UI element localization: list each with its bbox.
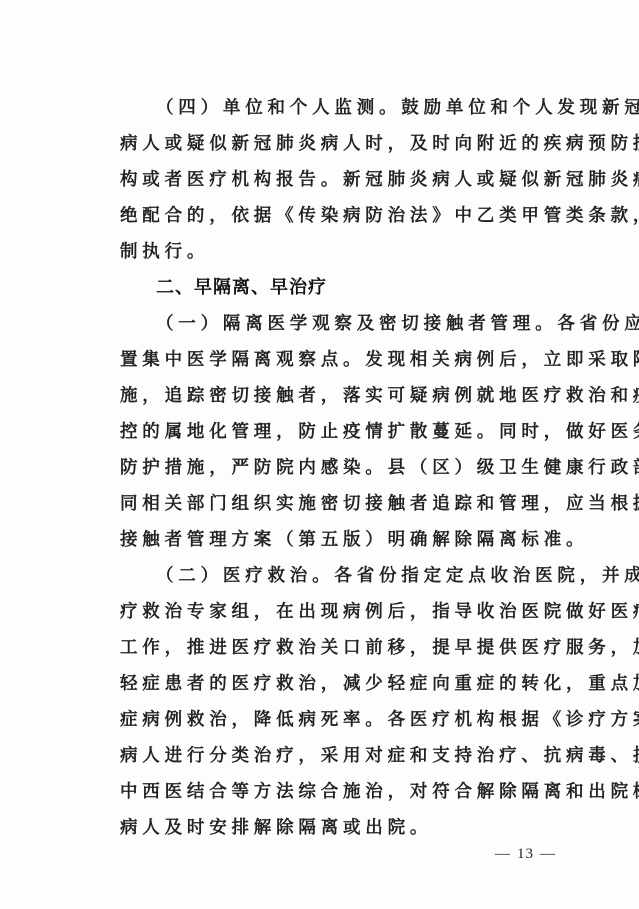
text-line: 绝配合的，依据《传染病防治法》中乙类甲管类条款，可强 <box>120 198 550 234</box>
text-line: 施，追踪密切接触者，落实可疑病例就地医疗救治和疫情防 <box>120 378 550 414</box>
text-line: 病人进行分类治疗，采用对症和支持治疗、抗病毒、抗炎、 <box>120 738 550 774</box>
section-heading: 二、早隔离、早治疗 <box>120 270 550 306</box>
text-line: 症病例救治，降低病死率。各医疗机构根据《诊疗方案》对 <box>120 702 550 738</box>
page-number-dash-right: — <box>540 846 556 863</box>
text-line: 工作，推进医疗救治关口前移，提早提供医疗服务，加强对 <box>120 630 550 666</box>
paragraph-isolation-contact-management: （一）隔离医学观察及密切接触者管理。各省份应当设 置集中医学隔离观察点。发现相关… <box>120 306 550 558</box>
text-line: 制执行。 <box>120 234 550 270</box>
text-line: 防护措施，严防院内感染。县（区）级卫生健康行政部门会 <box>120 450 550 486</box>
text-line: 病人或疑似新冠肺炎病人时，及时向附近的疾病预防控制机 <box>120 126 550 162</box>
text-line: 置集中医学隔离观察点。发现相关病例后，立即采取隔离措 <box>120 342 550 378</box>
text-line: 疗救治专家组，在出现病例后，指导收治医院做好医疗救治 <box>120 594 550 630</box>
paragraph-medical-treatment: （二）医疗救治。各省份指定定点收治医院，并成立医 疗救治专家组，在出现病例后，指… <box>120 558 550 846</box>
text-line: 接触者管理方案（第五版）明确解除隔离标准。 <box>120 522 550 558</box>
text-line: 轻症患者的医疗救治，减少轻症向重症的转化，重点加强重 <box>120 666 550 702</box>
text-line: 同相关部门组织实施密切接触者追踪和管理，应当根据密切 <box>120 486 550 522</box>
text-line: （二）医疗救治。各省份指定定点收治医院，并成立医 <box>120 558 550 594</box>
text-line: 病人及时安排解除隔离或出院。 <box>120 810 550 846</box>
page-number: —13— <box>489 846 562 863</box>
document-body: （四）单位和个人监测。鼓励单位和个人发现新冠肺炎 病人或疑似新冠肺炎病人时，及时… <box>120 90 550 846</box>
page-number-dash-left: — <box>495 846 511 863</box>
document-page: （四）单位和个人监测。鼓励单位和个人发现新冠肺炎 病人或疑似新冠肺炎病人时，及时… <box>0 0 639 909</box>
text-line: （四）单位和个人监测。鼓励单位和个人发现新冠肺炎 <box>120 90 550 126</box>
text-line: 控的属地化管理，防止疫情扩散蔓延。同时，做好医务人员 <box>120 414 550 450</box>
text-line: （一）隔离医学观察及密切接触者管理。各省份应当设 <box>120 306 550 342</box>
text-line: 中西医结合等方法综合施治，对符合解除隔离和出院标准的 <box>120 774 550 810</box>
text-line: 构或者医疗机构报告。新冠肺炎病人或疑似新冠肺炎病人拒 <box>120 162 550 198</box>
paragraph-unit-individual-monitoring: （四）单位和个人监测。鼓励单位和个人发现新冠肺炎 病人或疑似新冠肺炎病人时，及时… <box>120 90 550 270</box>
page-number-value: 13 <box>517 846 534 862</box>
